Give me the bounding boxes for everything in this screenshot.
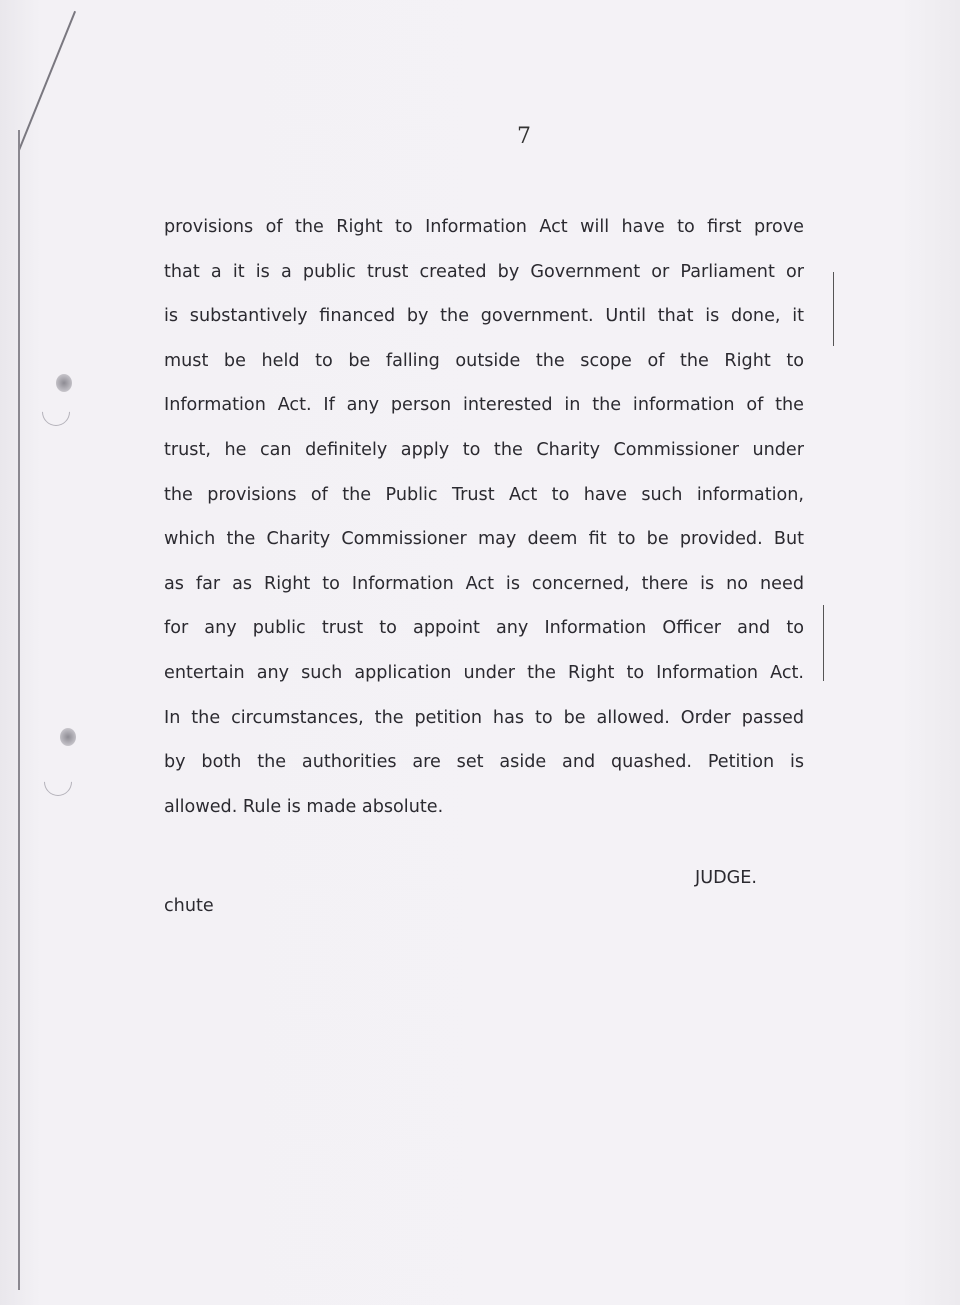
text-line: allowed. Rule is made absolute. (164, 785, 804, 830)
text-line: the provisions of the Public Trust Act t… (164, 473, 804, 518)
text-line: that a it is a public trust created by G… (164, 250, 804, 295)
text-line: as far as Right to Information Act is co… (164, 562, 804, 607)
punch-hole (38, 762, 78, 802)
fold-line (18, 11, 76, 151)
text-line: is substantively financed by the governm… (164, 294, 804, 339)
text-line: which the Charity Commissioner may deem … (164, 517, 804, 562)
margin-pen-mark (833, 272, 834, 346)
text-line: Information Act. If any person intereste… (164, 383, 804, 428)
text-line: trust, he can definitely apply to the Ch… (164, 428, 804, 473)
judgment-paragraph: provisions of the Right to Information A… (164, 205, 804, 829)
judge-signature: JUDGE. (695, 868, 757, 888)
text-line: for any public trust to appoint any Info… (164, 606, 804, 651)
margin-line (18, 130, 20, 1290)
text-line: In the circumstances, the petition has t… (164, 696, 804, 741)
margin-pen-mark (823, 605, 824, 681)
text-line: by both the authorities are set aside an… (164, 740, 804, 785)
text-line: must be held to be falling outside the s… (164, 339, 804, 384)
text-line: entertain any such application under the… (164, 651, 804, 696)
scanned-page: 7 provisions of the Right to Information… (0, 0, 960, 1305)
typist-initials: chute (164, 896, 214, 916)
punch-mark (56, 374, 72, 392)
punch-mark (60, 728, 76, 746)
page-number: 7 (517, 124, 531, 149)
punch-hole (36, 392, 76, 432)
text-line: provisions of the Right to Information A… (164, 205, 804, 250)
